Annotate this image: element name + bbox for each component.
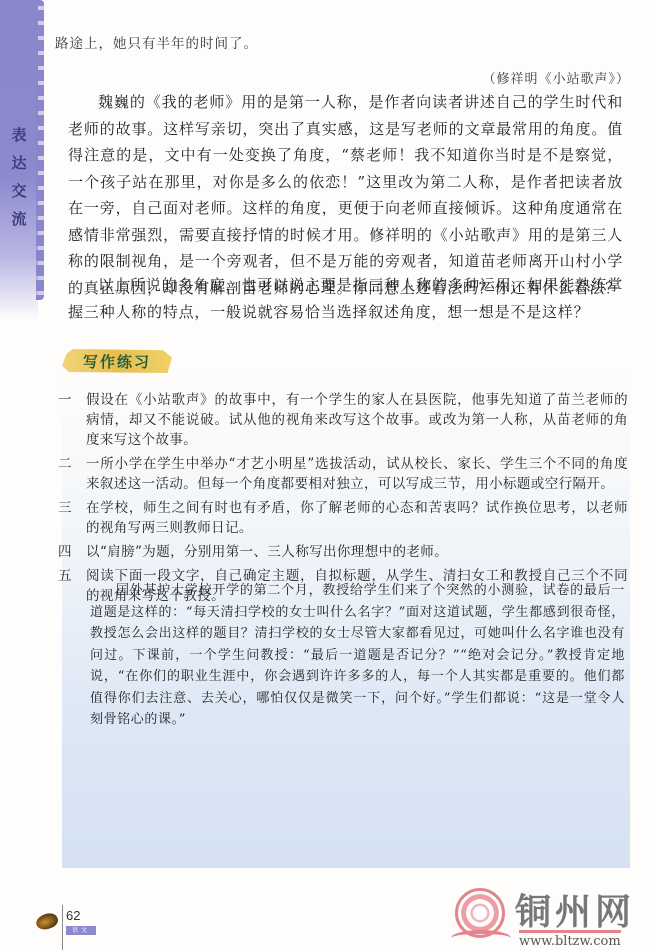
exercise-text: 假设在《小站歌声》的故事中，有一个学生的家人在县医院，他事先知道了苗兰老师的病情…	[86, 390, 628, 450]
exercise-number: 二	[58, 454, 86, 494]
section-label: 表 达 交 流	[7, 126, 31, 228]
wave-icon	[451, 930, 511, 946]
section-label-char: 交	[11, 182, 26, 200]
quote-line: 路途上，她只有半年的时间了。	[55, 32, 258, 52]
exercise-number: 五	[58, 566, 86, 606]
exercise-item: 二 一所小学在学生中举办“才艺小明星”选拔活动，试从校长、家长、学生三个不同的角…	[58, 454, 628, 494]
section-label-char: 表	[11, 126, 26, 144]
watermark: 铜州网 www.bltzw.com	[455, 886, 645, 948]
exercise-text: 一所小学在学生中举办“才艺小明星”选拔活动，试从校长、家长、学生三个不同的角度来…	[86, 454, 628, 494]
exercise-text: 在学校，师生之间有时也有矛盾，你了解老师的心态和苦衷吗？试作换位思考，以老师的视…	[86, 498, 628, 538]
subject-tag: 语文	[66, 926, 96, 935]
watermark-url: www.bltzw.com	[519, 930, 621, 949]
leaf-icon	[34, 911, 60, 933]
exercise-item: 一 假设在《小站歌声》的故事中，有一个学生的家人在县医院，他事先知道了苗兰老师的…	[58, 390, 628, 450]
exercise-item: 三 在学校，师生之间有时也有矛盾，你了解老师的心态和苦衷吗？试作换位思考，以老师…	[58, 498, 628, 538]
section-label-char: 达	[11, 154, 26, 172]
section-banner: 写作练习	[62, 349, 172, 373]
exercise-list: 一 假设在《小站歌声》的故事中，有一个学生的家人在县医院，他事先知道了苗兰老师的…	[58, 390, 628, 610]
section-banner-title: 写作练习	[83, 351, 151, 372]
watermark-name: 铜州网	[515, 884, 635, 935]
section-label-char: 流	[11, 210, 26, 228]
body-paragraph: 以上所说的多角度，也可以说主要是指三种人称的多种运用，如果能熟练掌握三种人称的特…	[68, 272, 623, 325]
page-number: 62	[66, 908, 80, 923]
exercise-number: 四	[58, 542, 86, 562]
exercise-number: 三	[58, 498, 86, 538]
exercise-text: 以“肩膀”为题，分别用第一、三人称写出你理想中的老师。	[86, 542, 628, 562]
quote-citation: （修祥明《小站歌声》）	[482, 68, 630, 87]
footer-divider	[62, 905, 63, 950]
exercise-item: 四 以“肩膀”为题，分别用第一、三人称写出你理想中的老师。	[58, 542, 628, 562]
body-paragraph: 魏巍的《我的老师》用的是第一人称，是作者向读者讲述自己的学生时代和老师的故事。这…	[68, 89, 623, 301]
reading-passage: 国外某护士学校开学的第二个月，教授给学生们来了个突然的小测验，试卷的最后一道题是…	[90, 580, 625, 731]
exercise-number: 一	[58, 390, 86, 450]
